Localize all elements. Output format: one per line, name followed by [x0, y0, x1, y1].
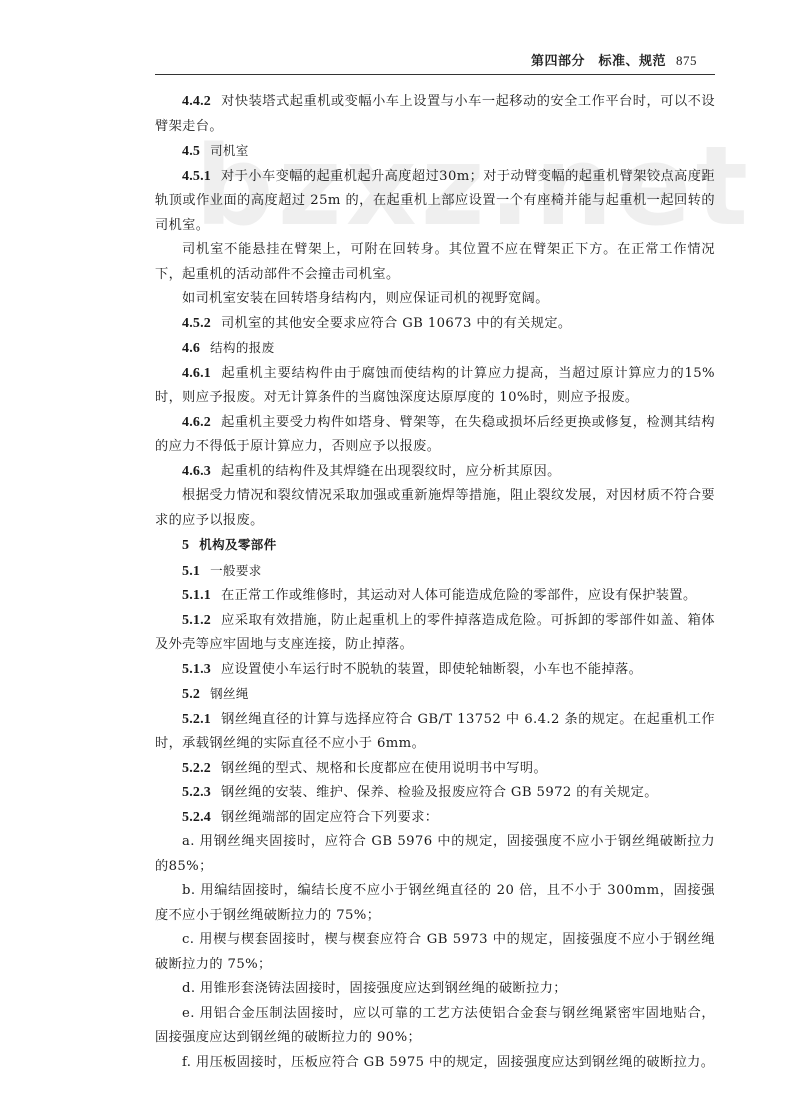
page-number: 875 — [676, 53, 697, 68]
clause-text: 对快装塔式起重机或变幅小车上设置与小车一起移动的安全工作平台时，可以不设臂架走台… — [155, 94, 715, 134]
clause-text: 司机室的其他安全要求应符合 GB 10673 中的有关规定。 — [221, 316, 572, 331]
heading-5: 5机构及零部件 — [155, 533, 715, 559]
clause-text: 对于小车变幅的起重机起升高度超过30m；对于动臂变幅的起重机臂架铰点高度距轨顶或… — [155, 169, 715, 233]
clause-5-1-1: 5.1.1在正常工作或维修时，其运动对人体可能造成危险的零部件，应设有保护装置。 — [155, 584, 715, 609]
heading-5-1: 5.1一般要求 — [155, 559, 715, 585]
clause-text: 应采取有效措施，防止起重机上的零件掉落造成危险。可拆卸的零部件如盖、箱体及外壳等… — [155, 613, 715, 653]
heading-number: 4.6 — [182, 341, 200, 356]
clause-number: 4.6.2 — [182, 415, 211, 430]
list-item-text: b. 用编结固接时，编结长度不应小于钢丝绳直径的 20 倍，且不小于 300mm… — [155, 883, 715, 923]
clause-text: 应设置使小车运行时不脱轨的装置，即使轮轴断裂，小车也不能掉落。 — [221, 662, 642, 677]
clause-text: 钢丝绳的安装、维护、保养、检验及报废应符合 GB 5972 的有关规定。 — [221, 785, 658, 800]
paragraph-text: 司机室不能悬挂在臂架上，可附在回转身。其位置不应在臂架正下方。在正常工作情况下，… — [155, 242, 715, 282]
header-section-title: 第四部分 标准、规范 — [531, 54, 666, 69]
list-item-text: d. 用锥形套浇铸法固接时，固接强度应达到钢丝绳的破断拉力； — [182, 981, 567, 996]
list-item-f: f. 用压板固接时，压板应符合 GB 5975 中的规定，固接强度应达到钢丝绳的… — [155, 1051, 715, 1076]
heading-number: 4.5 — [182, 144, 200, 159]
clause-number: 4.6.3 — [182, 464, 211, 479]
clause-number: 5.2.1 — [182, 712, 211, 727]
paragraph-text: 如司机室安装在回转塔身结构内，则应保证司机的视野宽阔。 — [182, 291, 549, 306]
list-item-text: c. 用楔与楔套固接时，楔与楔套应符合 GB 5973 中的规定，固接强度不应小… — [155, 932, 715, 972]
document-body: 4.4.2对快装塔式起重机或变幅小车上设置与小车一起移动的安全工作平台时，可以不… — [155, 90, 715, 1075]
clause-5-2-1: 5.2.1钢丝绳直径的计算与选择应符合 GB/T 13752 中 6.4.2 条… — [155, 708, 715, 757]
heading-5-2: 5.2钢丝绳 — [155, 682, 715, 708]
clause-text: 钢丝绳直径的计算与选择应符合 GB/T 13752 中 6.4.2 条的规定。在… — [155, 712, 715, 752]
clause-number: 4.5.2 — [182, 316, 211, 331]
heading-title: 司机室 — [210, 143, 249, 158]
clause-5-2-2: 5.2.2钢丝绳的型式、规格和长度都应在使用说明书中写明。 — [155, 757, 715, 782]
heading-title: 结构的报废 — [210, 340, 275, 355]
clause-text: 起重机主要受力构件如塔身、臂架等，在失稳或损坏后经更换或修复，检测其结构的应力不… — [155, 415, 715, 455]
clause-5-1-3: 5.1.3应设置使小车运行时不脱轨的装置，即使轮轴断裂，小车也不能掉落。 — [155, 658, 715, 683]
clause-5-2-4: 5.2.4钢丝绳端部的固定应符合下列要求： — [155, 806, 715, 831]
clause-number: 4.4.2 — [182, 94, 211, 109]
clause-number: 5.2.2 — [182, 761, 211, 776]
list-item-d: d. 用锥形套浇铸法固接时，固接强度应达到钢丝绳的破断拉力； — [155, 977, 715, 1002]
clause-4-5-2: 4.5.2司机室的其他安全要求应符合 GB 10673 中的有关规定。 — [155, 312, 715, 337]
clause-5-2-3: 5.2.3钢丝绳的安装、维护、保养、检验及报废应符合 GB 5972 的有关规定… — [155, 781, 715, 806]
paragraph: 根据受力情况和裂纹情况采取加强或重新施焊等措施，阻止裂纹发展，对因材质不符合要求… — [155, 484, 715, 533]
heading-number: 5.1 — [182, 564, 200, 579]
clause-text: 起重机主要结构件由于腐蚀而使结构的计算应力提高，当超过原计算应力的15%时，则应… — [155, 366, 715, 406]
clause-text: 在正常工作或维修时，其运动对人体可能造成危险的零部件，应设有保护装置。 — [221, 588, 697, 603]
list-item-text: a. 用钢丝绳夹固接时，应符合 GB 5976 中的规定，固接强度不应小于钢丝绳… — [155, 834, 715, 874]
paragraph: 司机室不能悬挂在臂架上，可附在回转身。其位置不应在臂架正下方。在正常工作情况下，… — [155, 238, 715, 287]
clause-number: 5.1.3 — [182, 662, 211, 677]
list-item-text: f. 用压板固接时，压板应符合 GB 5975 中的规定，固接强度应达到钢丝绳的… — [182, 1055, 714, 1070]
paragraph: 如司机室安装在回转塔身结构内，则应保证司机的视野宽阔。 — [155, 287, 715, 312]
heading-title: 机构及零部件 — [199, 537, 276, 552]
clause-4-4-2: 4.4.2对快装塔式起重机或变幅小车上设置与小车一起移动的安全工作平台时，可以不… — [155, 90, 715, 139]
list-item-c: c. 用楔与楔套固接时，楔与楔套应符合 GB 5973 中的规定，固接强度不应小… — [155, 928, 715, 977]
heading-4-6: 4.6结构的报废 — [155, 336, 715, 362]
heading-title: 一般要求 — [210, 563, 262, 578]
clause-4-6-1: 4.6.1起重机主要结构件由于腐蚀而使结构的计算应力提高，当超过原计算应力的15… — [155, 362, 715, 411]
heading-number: 5.2 — [182, 687, 200, 702]
list-item-e: e. 用铝合金压制法固接时，应以可靠的工艺方法使铝合金套与钢丝绳紧密牢固地贴合，… — [155, 1002, 715, 1051]
list-item-text: e. 用铝合金压制法固接时，应以可靠的工艺方法使铝合金套与钢丝绳紧密牢固地贴合，… — [155, 1006, 715, 1046]
list-item-b: b. 用编结固接时，编结长度不应小于钢丝绳直径的 20 倍，且不小于 300mm… — [155, 879, 715, 928]
paragraph-text: 根据受力情况和裂纹情况采取加强或重新施焊等措施，阻止裂纹发展，对因材质不符合要求… — [155, 488, 715, 528]
clause-4-5-1: 4.5.1对于小车变幅的起重机起升高度超过30m；对于动臂变幅的起重机臂架铰点高… — [155, 165, 715, 239]
clause-4-6-2: 4.6.2起重机主要受力构件如塔身、臂架等，在失稳或损坏后经更换或修复，检测其结… — [155, 411, 715, 460]
running-header: 第四部分 标准、规范875 — [531, 50, 697, 69]
list-item-a: a. 用钢丝绳夹固接时，应符合 GB 5976 中的规定，固接强度不应小于钢丝绳… — [155, 830, 715, 879]
clause-number: 5.2.4 — [182, 810, 211, 825]
clause-number: 4.5.1 — [182, 169, 211, 184]
heading-4-5: 4.5司机室 — [155, 139, 715, 165]
heading-title: 钢丝绳 — [210, 686, 249, 701]
clause-4-6-3: 4.6.3起重机的结构件及其焊缝在出现裂纹时，应分析其原因。 — [155, 460, 715, 485]
clause-number: 5.1.2 — [182, 613, 211, 628]
page-header: 第四部分 标准、规范875 — [155, 50, 715, 76]
clause-text: 起重机的结构件及其焊缝在出现裂纹时，应分析其原因。 — [221, 464, 561, 479]
clause-text: 钢丝绳的型式、规格和长度都应在使用说明书中写明。 — [221, 761, 547, 776]
clause-number: 5.2.3 — [182, 785, 211, 800]
clause-5-1-2: 5.1.2应采取有效措施，防止起重机上的零件掉落造成危险。可拆卸的零部件如盖、箱… — [155, 609, 715, 658]
header-rule — [155, 74, 715, 75]
clause-text: 钢丝绳端部的固定应符合下列要求： — [221, 810, 438, 825]
heading-number: 5 — [182, 538, 189, 553]
clause-number: 5.1.1 — [182, 588, 211, 603]
clause-number: 4.6.1 — [182, 366, 211, 381]
